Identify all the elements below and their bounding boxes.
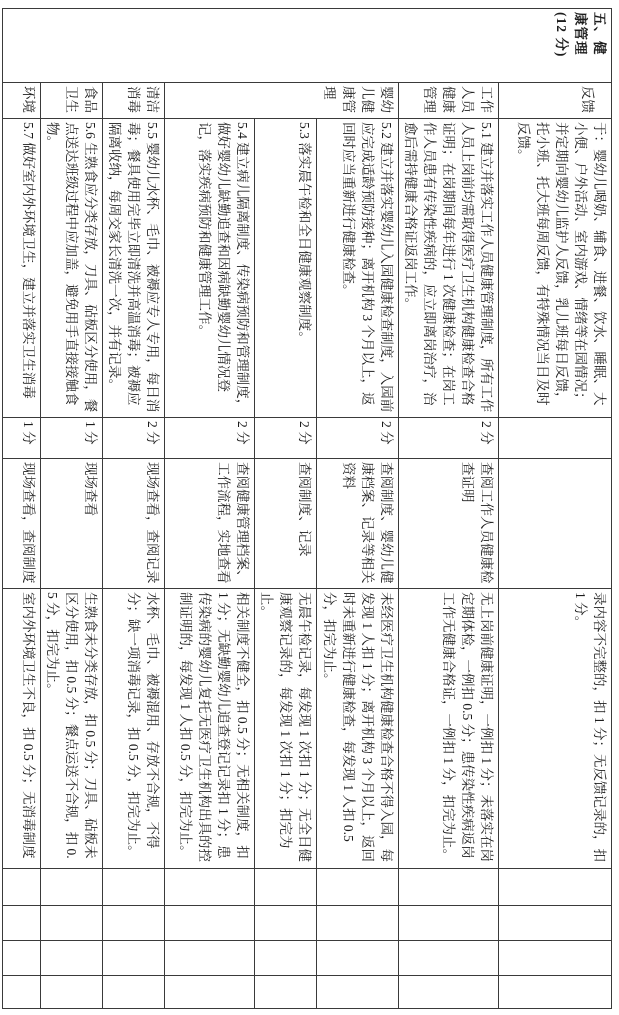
empty-cell (3, 976, 41, 1009)
table-row: 婴幼儿健康管理 5.2 建立并落实婴幼儿入园健康检查制度，入园前应完成适龄预防接… (317, 9, 399, 1009)
criteria-cell: 于：婴幼儿喝奶、辅食、进餐、饮水、睡眠、大小便、户外活动、室内游戏、情绪等在园情… (499, 119, 612, 418)
empty-cell (399, 976, 499, 1009)
empty-cell (399, 869, 499, 906)
score-cell: 2 分 (317, 418, 399, 459)
empty-cell (41, 941, 103, 976)
deduction-cell: 无上岗前健康证明，一例扣 1 分；未落实在岗定期体检，一例扣 0.5 分；患传染… (399, 589, 499, 869)
empty-cell (399, 941, 499, 976)
empty-cell (165, 906, 255, 941)
method-cell: 现场查看，查阅制度 (3, 459, 41, 589)
table-row: 环境 5.7 做好室内外环境卫生，建立并落实卫生消毒 1 分 现场查看，查阅制度… (3, 9, 41, 1009)
empty-cell (255, 941, 317, 976)
criteria-cell: 5.1 建立并落实工作人员健康管理制度，所有工作人员上岗前均需取得医疗卫生机构健… (399, 119, 499, 418)
score-cell (499, 418, 612, 459)
score-cell: 2 分 (255, 418, 317, 459)
deduction-cell: 水杯、毛巾、被褥混用、存放不合规，不得分；缺一项消毒记录，扣 0.5 分，扣完为… (103, 589, 165, 869)
category-label: 食品卫生 (41, 83, 103, 119)
empty-cell (41, 976, 103, 1009)
empty-cell (103, 869, 165, 906)
table-row: 5.3 落实晨午检和全日健康观察制度。 2 分 查阅制度、记录 无晨午检记录，每… (255, 9, 317, 1009)
category-label: 环境 (3, 83, 41, 119)
category-label: 反馈 (499, 83, 612, 119)
scanned-page: 五、健 康管理 (12 分) 反馈 于：婴幼儿喝奶、辅食、进餐、饮水、睡眠、大小… (0, 0, 619, 1015)
score-cell: 2 分 (399, 418, 499, 459)
empty-cell (103, 941, 165, 976)
method-cell: 现场查看，查阅记录 (103, 459, 165, 589)
table-row: 工作人员健康管理 5.1 建立并落实工作人员健康管理制度，所有工作人员上岗前均需… (399, 9, 499, 1009)
score-cell: 1 分 (41, 418, 103, 459)
score-cell: 2 分 (165, 418, 255, 459)
category-label: 婴幼儿健康管理 (165, 83, 399, 119)
method-cell: 查阅制度、婴幼儿健康档案、记录等相关资料 (317, 459, 399, 589)
empty-cell (165, 941, 255, 976)
table-row: 食品卫生 5.6 生熟食应分类存放，刀具、砧板区分使用，餐点送达班级过程中应加盖… (41, 9, 103, 1009)
empty-cell (317, 906, 399, 941)
empty-cell (317, 941, 399, 976)
criteria-cell: 5.7 做好室内外环境卫生，建立并落实卫生消毒 (3, 119, 41, 418)
empty-cell (499, 869, 612, 906)
criteria-cell: 5.2 建立并落实婴幼儿入园健康检查制度，入园前应完成适龄预防接种；离开机构 3… (317, 119, 399, 418)
criteria-cell: 5.5 婴幼儿水杯、毛巾、被褥应专人专用，每日消毒；餐具使用完毕立即清洗并高温消… (103, 119, 165, 418)
deduction-cell: 录内容不完整的，扣 1 分；无反馈记录的，扣 1 分。 (499, 589, 612, 869)
table-row: 清洁消毒 5.5 婴幼儿水杯、毛巾、被褥应专人专用，每日消毒；餐具使用完毕立即清… (103, 9, 165, 1009)
empty-cell (103, 976, 165, 1009)
rotated-table-container: 五、健 康管理 (12 分) 反馈 于：婴幼儿喝奶、辅食、进餐、饮水、睡眠、大小… (28, 8, 612, 1008)
empty-cell (499, 976, 612, 1009)
table-row: 5.4 建立病儿隔离制度、传染病预防和管理制度，做好婴幼儿缺勤追查和因病缺勤婴幼… (165, 9, 255, 1009)
empty-cell (255, 906, 317, 941)
empty-cell (3, 906, 41, 941)
empty-cell (165, 976, 255, 1009)
method-cell: 现场查看 (41, 459, 103, 589)
criteria-cell: 5.6 生熟食应分类存放，刀具、砧板区分使用，餐点送达班级过程中应加盖，避免用手… (41, 119, 103, 418)
section-title: 五、健 康管理 (12 分) (3, 9, 612, 83)
empty-cell (317, 976, 399, 1009)
category-label: 清洁消毒 (103, 83, 165, 119)
empty-cell (317, 869, 399, 906)
method-cell: 查阅制度、记录 (255, 459, 317, 589)
empty-cell (3, 869, 41, 906)
empty-cell (399, 906, 499, 941)
deduction-cell: 生熟食未分类存放，扣 0.5 分；刀具、砧板未区分使用，扣 0.5 分；餐点运送… (41, 589, 103, 869)
category-label: 工作人员健康管理 (399, 83, 499, 119)
method-cell: 查阅健康管理档案、工作流程，实地查看 (165, 459, 255, 589)
criteria-cell: 5.3 落实晨午检和全日健康观察制度。 (255, 119, 317, 418)
deduction-cell: 相关制度不健全，扣 0.5 分；无相关制度，扣 1 分；无缺勤婴幼儿追查登记记录… (165, 589, 255, 869)
empty-cell (499, 941, 612, 976)
empty-cell (499, 906, 612, 941)
deduction-cell: 室内外环境卫生不良，扣 0.5 分；无消毒制度 (3, 589, 41, 869)
deduction-cell: 未经医疗卫生机构健康检查合格不得入园，每发现 1 人扣 1 分；离开机构 3 个… (317, 589, 399, 869)
empty-cell (3, 941, 41, 976)
score-cell: 2 分 (103, 418, 165, 459)
assessment-table: 五、健 康管理 (12 分) 反馈 于：婴幼儿喝奶、辅食、进餐、饮水、睡眠、大小… (2, 8, 612, 1009)
table-row: 五、健 康管理 (12 分) 反馈 于：婴幼儿喝奶、辅食、进餐、饮水、睡眠、大小… (499, 9, 612, 1009)
empty-cell (255, 869, 317, 906)
method-cell (499, 459, 612, 589)
method-cell: 查阅工作人员健康检查证明 (399, 459, 499, 589)
empty-cell (255, 976, 317, 1009)
criteria-cell: 5.4 建立病儿隔离制度、传染病预防和管理制度，做好婴幼儿缺勤追查和因病缺勤婴幼… (165, 119, 255, 418)
deduction-cell: 无晨午检记录，每发现 1 次扣 1 分；无全日健康观察记录的，每发现 1 次扣 … (255, 589, 317, 869)
empty-cell (103, 906, 165, 941)
score-cell: 1 分 (3, 418, 41, 459)
empty-cell (165, 869, 255, 906)
empty-cell (41, 869, 103, 906)
empty-cell (41, 906, 103, 941)
